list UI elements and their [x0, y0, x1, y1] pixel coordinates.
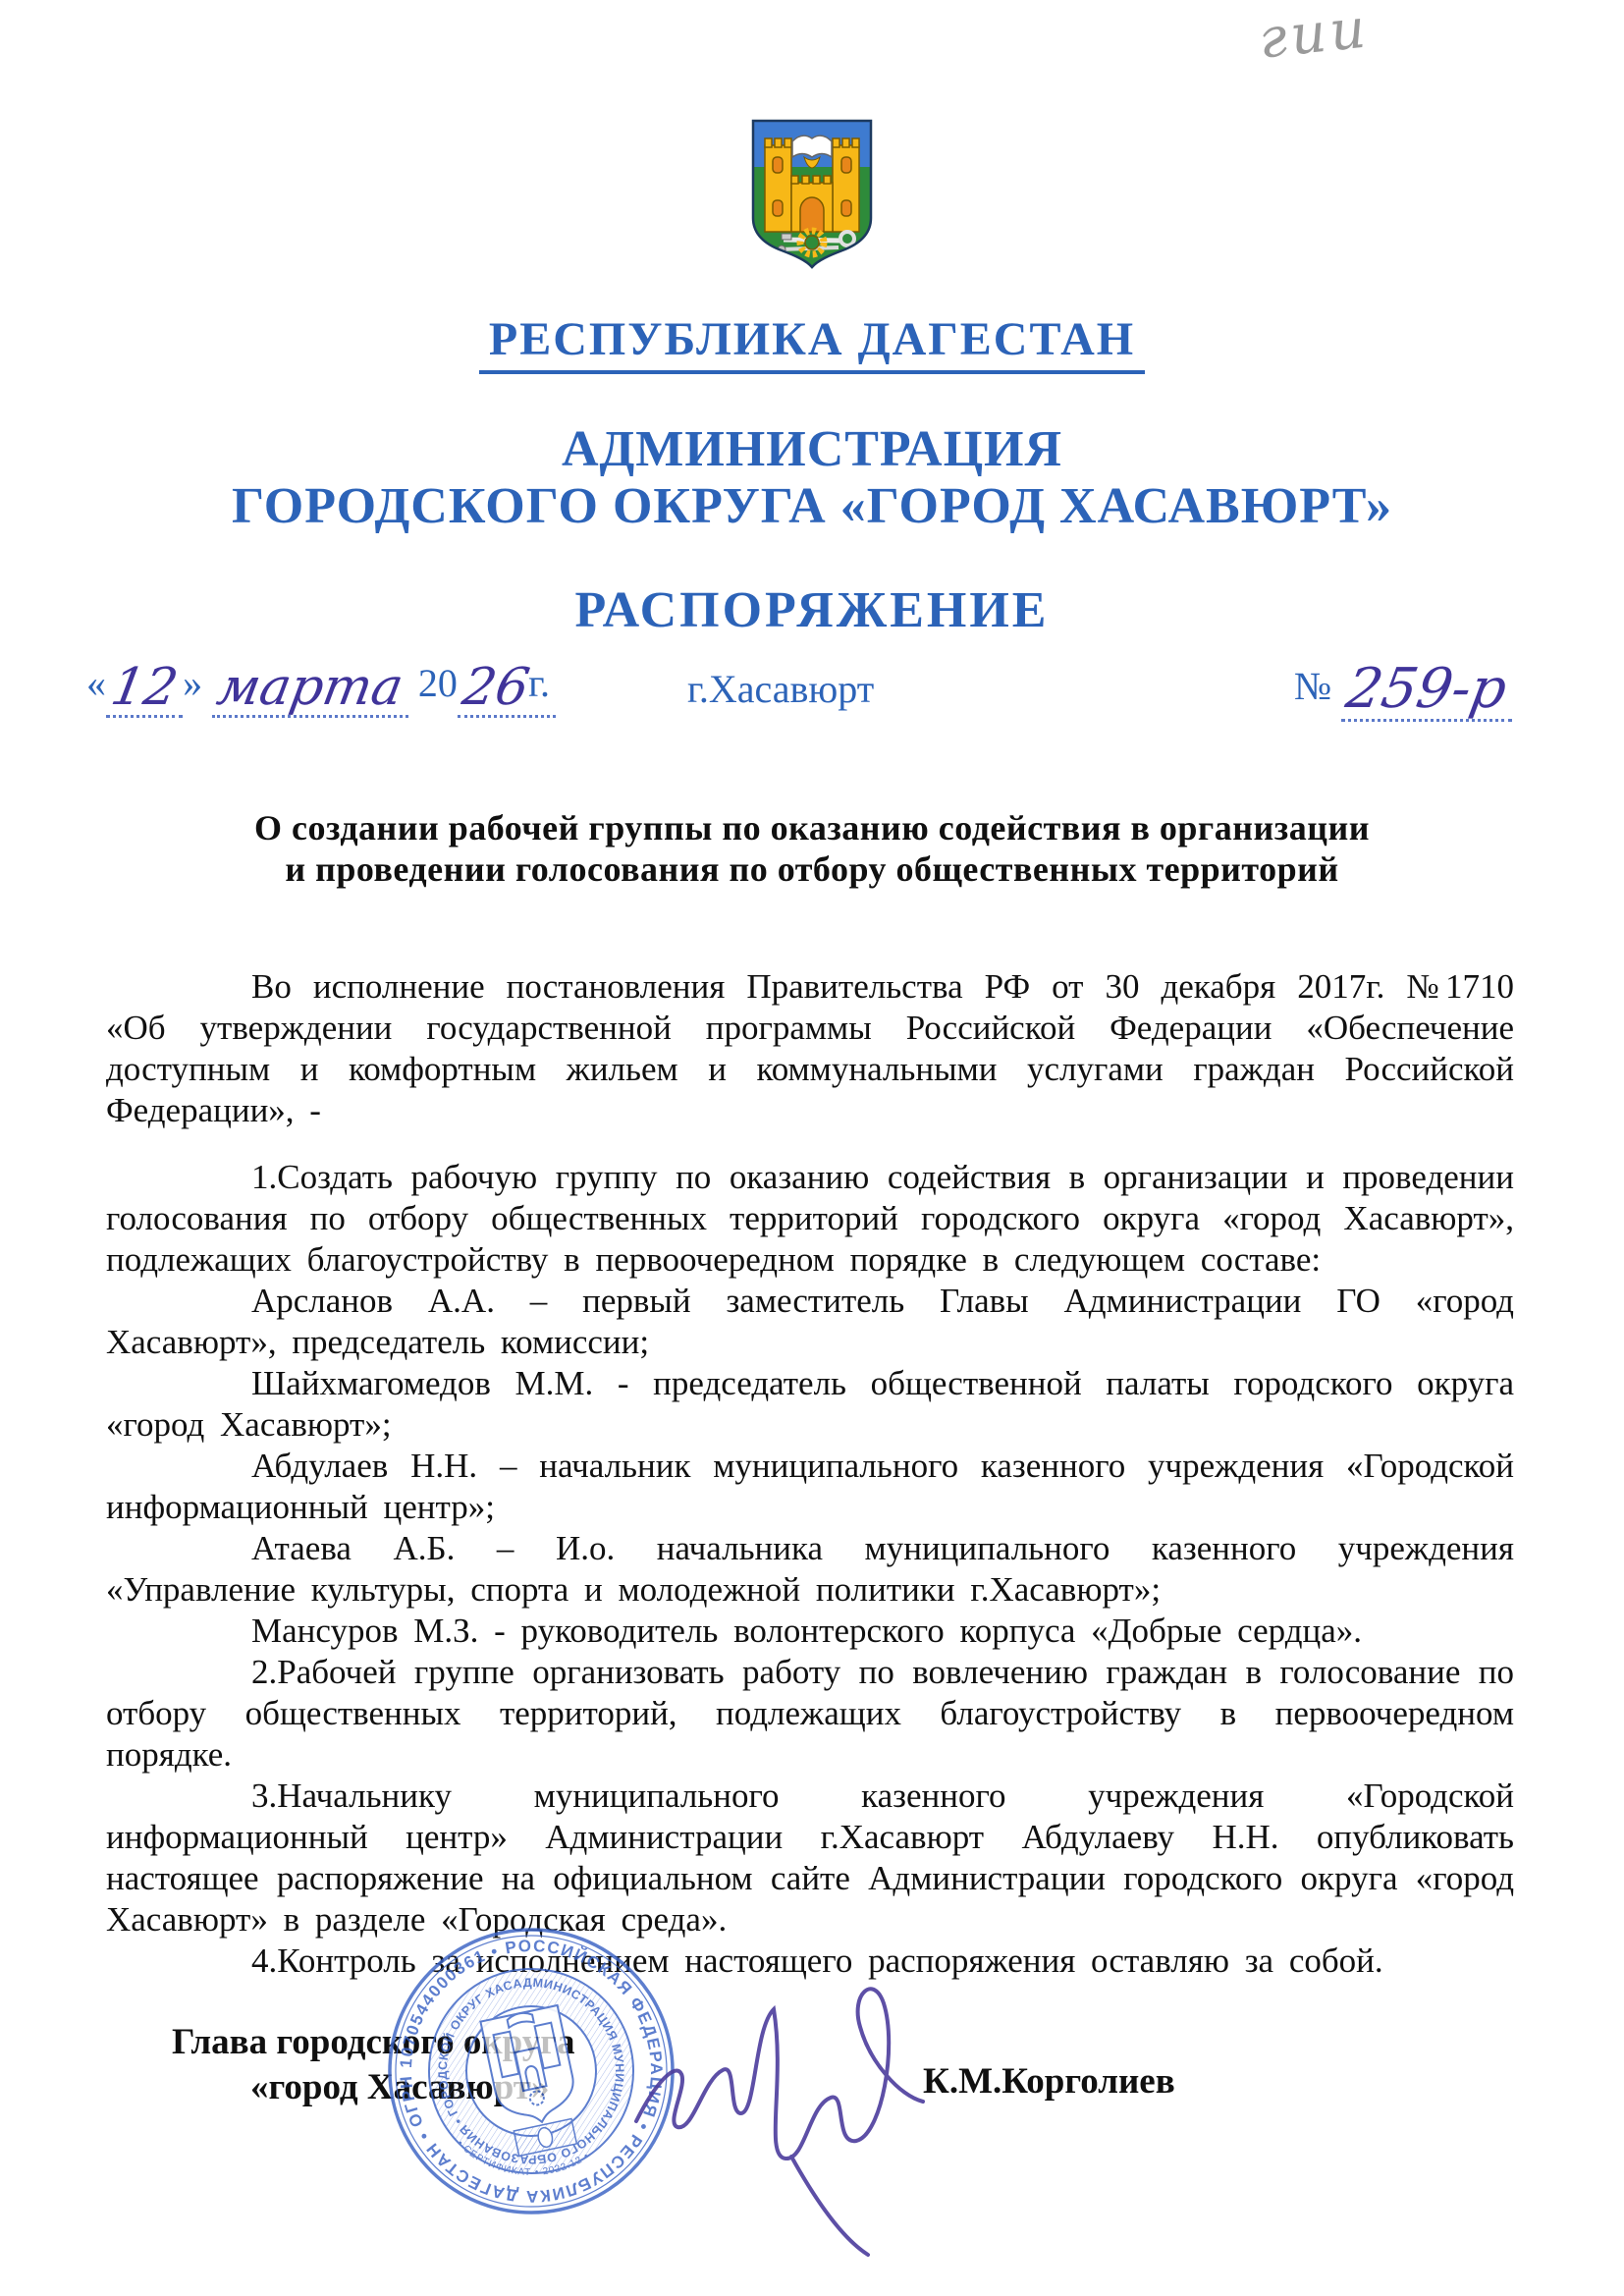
handwritten-year: 26	[459, 662, 532, 713]
year-printed-prefix: 20	[418, 661, 458, 705]
paragraph-item-1: 1.Создать рабочую группу по оказанию сод…	[106, 1157, 1514, 1281]
paragraph-item-2: 2.Рабочей группе организовать работу по …	[106, 1652, 1514, 1776]
pencil-handwritten-note: гии	[1256, 0, 1373, 72]
handwritten-month: марта	[214, 662, 407, 713]
handwritten-number: 259-р	[1342, 662, 1511, 717]
member-shaykhmagomedov: Шайхмагомедов М.М. - председатель общест…	[106, 1363, 1514, 1446]
document-type-heading: РАСПОРЯЖЕНИЕ	[0, 581, 1624, 639]
place-label: г.Хасавюрт	[687, 666, 874, 712]
date-close-quote: »	[183, 661, 202, 705]
paragraph-preamble: Во исполнение постановления Правительств…	[106, 966, 1514, 1131]
member-abdulaev: Абдулаев Н.Н. – начальник муниципального…	[106, 1446, 1514, 1528]
number-sign: №	[1294, 664, 1331, 708]
document-title-line2: и проведении голосования по отбору общес…	[108, 848, 1516, 890]
org-name-line1: АДМИНИСТРАЦИЯ	[0, 420, 1624, 478]
scanned-document-page: гии	[0, 0, 1624, 2296]
document-title-line1: О создании рабочей группы по оказанию со…	[108, 807, 1516, 848]
date-open-quote: «	[86, 661, 106, 705]
member-arslanov: Арсланов А.А. – первый заместитель Главы…	[106, 1281, 1514, 1363]
coat-of-arms-khasavyurt	[748, 116, 876, 271]
document-meta-row: «12» марта 2026г. г.Хасавюрт № 259-р	[0, 648, 1624, 737]
document-number-field: № 259-р	[1294, 662, 1512, 722]
republic-heading: РЕСПУБЛИКА ДАГЕСТАН	[0, 312, 1624, 374]
org-name-line2: ГОРОДСКОГО ОКРУГА «ГОРОД ХАСАВЮРТ»	[0, 477, 1624, 535]
member-ataeva: Атаева А.Б. – И.о. начальника муниципаль…	[106, 1528, 1514, 1611]
paragraph-item-3: 3.Начальнику муниципального казенного уч…	[106, 1776, 1514, 1941]
handwritten-signature	[550, 1954, 982, 2278]
member-mansurov: Мансуров М.З. - руководитель волонтерско…	[106, 1611, 1514, 1652]
date-field: «12» марта 2026г.	[86, 660, 556, 718]
handwritten-day: 12	[107, 662, 181, 713]
document-body: Во исполнение постановления Правительств…	[106, 966, 1514, 1982]
document-title: О создании рабочей группы по оказанию со…	[108, 807, 1516, 890]
